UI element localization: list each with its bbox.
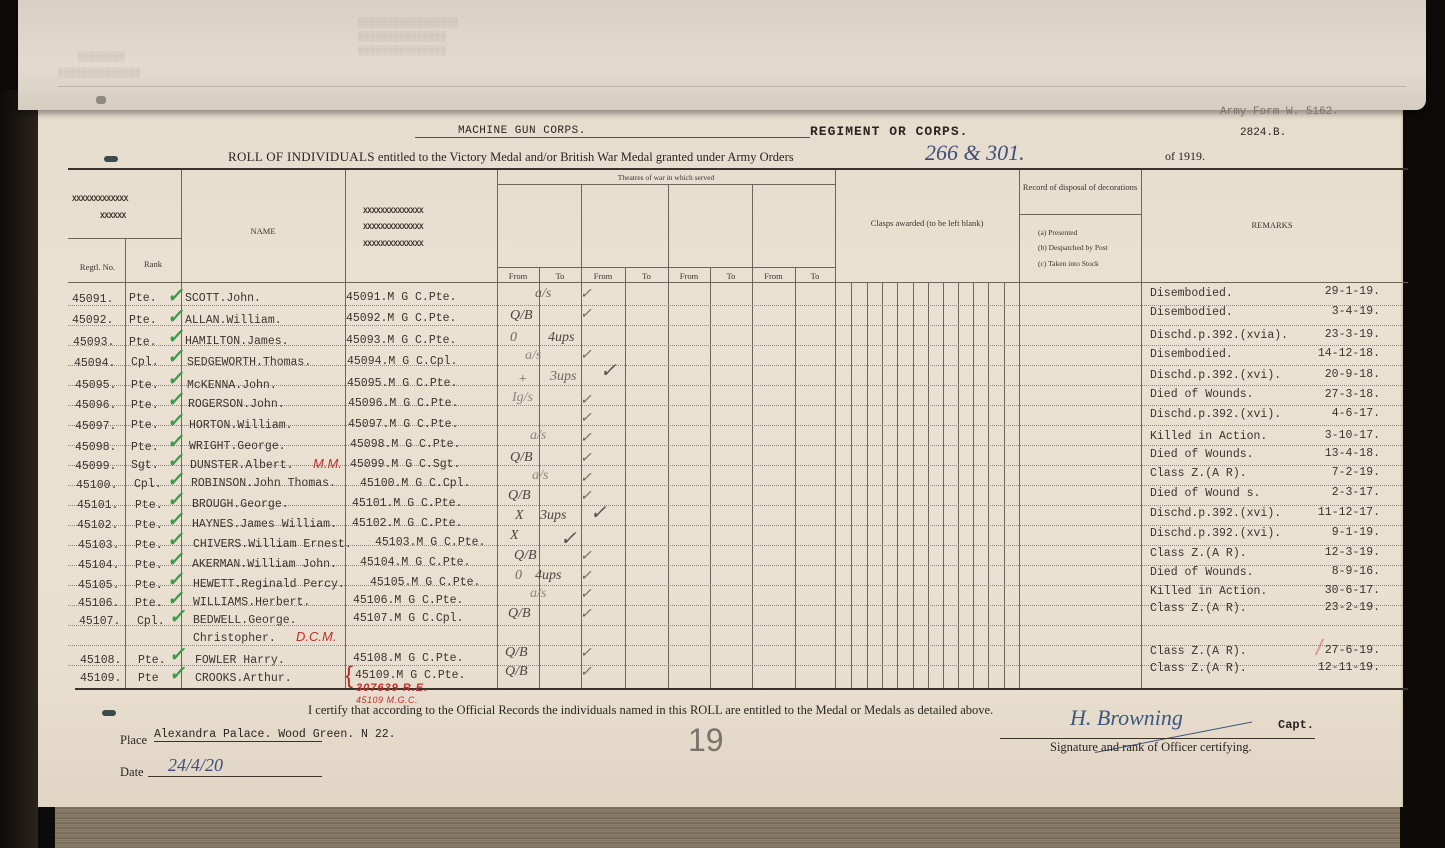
remark: Dischd.p.392.(xvi). (1150, 507, 1281, 520)
soldier-name: WILLIAMS.Herbert. (193, 596, 310, 609)
remark: Dischd.p.392.(xvia). (1150, 329, 1288, 342)
struck-heading: XXXXXX (100, 212, 126, 221)
remark: Class Z.(A R). (1150, 602, 1247, 615)
rank: Cpl. (137, 615, 165, 628)
regtl-no: 45103. (78, 539, 119, 552)
unit-rank: 45095.M G C.Pte. (347, 377, 457, 390)
rank: Pte. (129, 314, 157, 327)
remark-date: 23-3-19. (1290, 328, 1380, 341)
remark-date: 12-3-19. (1290, 546, 1380, 559)
regtl-no: 45096. (75, 399, 116, 412)
remark-date: 27-6-19. (1290, 644, 1380, 657)
red-correction-note: 307639 R.E. (356, 682, 428, 694)
certification-statement: I certify that according to the Official… (308, 703, 993, 718)
pencil-note: 0 (510, 330, 517, 346)
unit-rank: 45092.M G C.Pte. (346, 312, 456, 325)
soldier-name-continued: Christopher. (193, 632, 276, 645)
green-tick-icon: ✓ (166, 390, 186, 410)
pencil-note: Q/B (510, 450, 533, 466)
unit-rank: 45101.M G C.Pte. (352, 497, 462, 510)
remark-date: 27-3-18. (1290, 388, 1380, 401)
soldier-name: ROGERSON.John. (188, 398, 285, 411)
pencil-check-icon: ✓ (560, 526, 577, 551)
regtl-no: 45094. (74, 357, 115, 370)
page-number: 19 (688, 722, 724, 759)
green-tick-icon: ✓ (166, 570, 186, 590)
remark: Dischd.p.392.(xvi). (1150, 408, 1281, 421)
pencil-check-icon: ✓ (580, 347, 592, 364)
pencil-note: Ig/s (512, 390, 533, 406)
pencil-check-icon: ✓ (580, 306, 592, 323)
unit-rank: 45106.M G C.Pte. (353, 594, 463, 607)
pencil-check-icon: ✓ (580, 286, 592, 303)
rank: Pte. (129, 292, 157, 305)
pencil-check-icon: ✓ (580, 410, 592, 427)
officer-signature: H. Browning (1070, 705, 1183, 731)
unit-rank: 45103.M G C.Pte. (375, 536, 485, 549)
officer-rank: Capt. (1278, 718, 1314, 732)
soldier-name: BEDWELL.George. (193, 614, 297, 627)
pencil-note: Q/B (508, 488, 531, 504)
green-tick-icon: ✓ (166, 286, 186, 306)
remark-date: 20-9-18. (1290, 368, 1380, 381)
regtl-no: 45108. (80, 654, 121, 667)
green-tick-icon: ✓ (166, 490, 186, 510)
disposal-option-presented: (a) Presented (1038, 228, 1077, 237)
pencil-note: a/s (530, 428, 546, 444)
soldier-name: HORTON.William. (189, 419, 293, 432)
soldier-name: McKENNA.John. (187, 379, 277, 392)
remark-date: 23-2-19. (1290, 601, 1380, 614)
table-top-rule (68, 168, 1408, 170)
remark-date: 2-3-17. (1290, 486, 1380, 499)
remark: Class Z.(A R). (1150, 645, 1247, 658)
pencil-note: Q/B (510, 308, 533, 324)
soldier-name: FOWLER Harry. (195, 654, 285, 667)
pencil-note: X (510, 528, 519, 544)
remark-date: 9-1-19. (1290, 526, 1380, 539)
pencil-note: X (515, 508, 524, 524)
rank: Pte. (135, 559, 163, 572)
signature-label: Signature and rank of Officer certifying… (1050, 740, 1252, 755)
header-disposal: Record of disposal of decorations (1019, 180, 1141, 195)
soldier-name: SEDGEWORTH.Thomas. (187, 356, 311, 369)
green-tick-icon: ✓ (166, 510, 186, 530)
rank: Sgt. (131, 459, 159, 472)
soldier-name: CHIVERS.William Ernest. (193, 538, 352, 551)
remark-date: 11-12-17. (1290, 506, 1380, 519)
header-name: NAME (181, 226, 345, 236)
rank: Pte. (135, 499, 163, 512)
green-tick-icon: ✓ (166, 550, 186, 570)
remark: Class Z.(A R). (1150, 547, 1247, 560)
green-tick-icon: ✓ (166, 369, 186, 389)
soldier-name: HEWETT.Reginald Percy. (193, 578, 345, 591)
pencil-note: Q/B (514, 548, 537, 564)
green-tick-icon: ✓ (166, 530, 186, 550)
pencil-note: Q/B (508, 606, 531, 622)
remark: Disembodied. (1150, 306, 1233, 319)
pencil-note: 3ups (540, 508, 566, 524)
date-value: 24/4/20 (148, 755, 322, 777)
green-tick-icon: ✓ (168, 645, 188, 665)
hdr-rule (497, 267, 835, 268)
pencil-note: a/s (535, 286, 551, 302)
remark-date: 14-12-18. (1290, 347, 1380, 360)
regtl-no: 45102. (77, 519, 118, 532)
col-divider (497, 170, 498, 688)
header-to: To (625, 271, 668, 281)
place-label: Place (120, 733, 147, 748)
header-rank: Rank (125, 259, 181, 269)
remark: Dischd.p.392.(xvi). (1150, 527, 1281, 540)
soldier-name: BROUGH.George. (192, 498, 289, 511)
pencil-note: a/s (530, 586, 546, 602)
regtl-no: 45098. (75, 441, 116, 454)
remark-date: 3-4-19. (1290, 305, 1380, 318)
soldier-name: AKERMAN.William John. (192, 558, 337, 571)
col-divider (1141, 170, 1142, 688)
unit-rank: 45102.M G C.Pte. (352, 517, 462, 530)
unit-rank: 45091.M G C.Pte. (346, 291, 456, 304)
pencil-note: + (518, 372, 527, 388)
reference-code: 2824.B. (1240, 127, 1286, 139)
soldier-name: WRIGHT.George. (189, 440, 286, 453)
remark: Disembodied. (1150, 348, 1233, 361)
order-year: of 1919. (1165, 149, 1205, 164)
regtl-no: 45099. (75, 460, 116, 473)
pencil-note: 3ups (550, 369, 576, 385)
unit-rank: 45094.M G C.Cpl. (347, 355, 457, 368)
header-from: From (581, 271, 625, 281)
corps-name: MACHINE GUN CORPS. (415, 125, 810, 138)
rank: Pte. (131, 419, 159, 432)
struck-heading: XXXXXXXXXXXXXX (363, 207, 423, 216)
pencil-note: 4ups (548, 330, 574, 346)
rank: Pte. (135, 579, 163, 592)
pencil-check-icon: ✓ (580, 586, 592, 603)
unit-rank: 45108.M G C.Pte. (353, 652, 463, 665)
header-to: To (710, 271, 752, 281)
roll-title-bold: ROLL OF INDIVIDUALS (228, 149, 375, 164)
header-theatres: Theatres of war in which served (497, 173, 835, 182)
remark-date: 13-4-18. (1290, 447, 1380, 460)
unit-rank: 45093.M G C.Pte. (346, 334, 456, 347)
regtl-no: 45109. (80, 672, 121, 685)
hdr-rule (497, 184, 835, 185)
unit-rank: 45097.M G C.Pte. (348, 418, 458, 431)
roll-title-rest: entitled to the Victory Medal and/or Bri… (378, 150, 794, 164)
roll-document: MACHINE GUN CORPS. REGIMENT OR CORPS. 28… (0, 0, 1445, 848)
pencil-check-icon: ✓ (580, 392, 592, 409)
green-tick-icon: ✓ (166, 432, 186, 452)
pencil-note: Q/B (505, 664, 528, 680)
remark: Class Z.(A R). (1150, 662, 1247, 675)
remark: Disembodied. (1150, 287, 1233, 300)
pencil-note: Q/B (505, 645, 528, 661)
regtl-no: 45095. (75, 379, 116, 392)
rank: Pte. (131, 441, 159, 454)
remark: Died of Wounds. (1150, 388, 1254, 401)
green-tick-icon: ✓ (168, 664, 188, 684)
rank: Pte. (135, 539, 163, 552)
regtl-no: 45104. (78, 559, 119, 572)
green-tick-icon: ✓ (166, 411, 186, 431)
disposal-option-stock: (c) Taken into Stock (1038, 259, 1099, 268)
pencil-note: 4ups (535, 568, 561, 584)
soldier-name: CROOKS.Arthur. (195, 672, 292, 685)
remark-date: 30-6-17. (1290, 584, 1380, 597)
rank: Pte (138, 672, 159, 685)
rank: Pte. (135, 519, 163, 532)
hdr-bottom-rule (68, 282, 1408, 283)
rank: Pte. (138, 654, 166, 667)
remark-date: 3-10-17. (1290, 429, 1380, 442)
col-divider (1019, 170, 1020, 688)
remark: Killed in Action. (1150, 585, 1267, 598)
pencil-note: 0 (515, 568, 522, 584)
unit-rank: 45104.M G C.Pte. (360, 556, 470, 569)
unit-rank: 45096.M G C.Pte. (348, 397, 458, 410)
col-divider (668, 185, 669, 688)
pencil-check-icon: ✓ (580, 548, 592, 565)
header-from: From (668, 271, 710, 281)
pencil-note: a/s (525, 348, 541, 364)
rank: Cpl. (134, 478, 162, 491)
date-label: Date (120, 765, 144, 780)
remark-date: 4-6-17. (1290, 407, 1380, 420)
header-regtl-no: Regtl. No. (70, 262, 125, 272)
regtl-no: 45107. (79, 615, 120, 628)
army-orders-numbers: 266 & 301. (925, 140, 1025, 166)
pencil-check-icon: ✓ (580, 606, 592, 623)
rank: Pte. (131, 399, 159, 412)
remark: Killed in Action. (1150, 430, 1267, 443)
hdr-rule (68, 238, 181, 239)
pencil-check-icon: ✓ (580, 664, 592, 681)
col-divider (835, 170, 836, 688)
green-tick-icon: ✓ (168, 607, 188, 627)
remark: Dischd.p.392.(xvi). (1150, 369, 1281, 382)
green-tick-icon: ✓ (166, 470, 186, 490)
table-bottom-rule (75, 688, 1408, 690)
unit-rank: 45107.M G C.Cpl. (353, 612, 463, 625)
unit-rank: 45098.M G C.Pte. (350, 438, 460, 451)
green-tick-icon: ✓ (166, 307, 186, 327)
punch-hole (104, 156, 118, 162)
unit-rank: 45105.M G C.Pte. (370, 576, 480, 589)
soldier-name: SCOTT.John. (185, 292, 261, 305)
green-tick-icon: ✓ (166, 347, 186, 367)
regtl-no: 45092. (72, 314, 113, 327)
regtl-no: 45101. (77, 499, 118, 512)
pencil-check-icon: ✓ (580, 470, 592, 487)
rank: Pte. (135, 597, 163, 610)
regtl-no: 45105. (78, 579, 119, 592)
signature-line (1000, 738, 1315, 739)
pencil-note: a/s (532, 468, 548, 484)
header-remarks: REMARKS (1141, 220, 1403, 230)
pencil-check-icon: ✓ (580, 645, 592, 662)
rank: Cpl. (131, 356, 159, 369)
hdr-rule (1019, 214, 1141, 215)
place-value: Alexandra Palace. Wood Green. N 22. (154, 728, 322, 742)
soldier-name: ROBINSON.John Thomas. (191, 477, 336, 490)
remark: Class Z.(A R). (1150, 467, 1247, 480)
pencil-check-icon: ✓ (590, 500, 607, 525)
soldier-name: DUNSTER.Albert. (190, 459, 294, 472)
soldier-name: HAMILTON.James. (185, 335, 289, 348)
header-from: From (752, 271, 795, 281)
header-to: To (539, 271, 581, 281)
remark: Died of Wounds. (1150, 448, 1254, 461)
regtl-no: 45106. (78, 597, 119, 610)
remark-date: 29-1-19. (1290, 285, 1380, 298)
green-tick-icon: ✓ (166, 327, 186, 347)
punch-hole (102, 710, 116, 716)
remark: Died of Wound s. (1150, 487, 1260, 500)
header-clasps: Clasps awarded (to be left blank) (835, 218, 1019, 228)
regtl-no: 45093. (73, 336, 114, 349)
col-divider (752, 185, 753, 688)
header-to: To (795, 271, 835, 281)
unit-rank: 45109.M G C.Pte. (355, 669, 465, 682)
struck-heading: XXXXXXXXXXXXXX (363, 223, 423, 232)
mm-award-annotation: M.M. (313, 456, 342, 471)
struck-heading: XXXXXXXXXXXXX (72, 195, 128, 204)
rank: Pte. (129, 336, 157, 349)
header-from: From (497, 271, 539, 281)
regtl-no: 45100. (76, 479, 117, 492)
soldier-name: ALLAN.William. (185, 314, 282, 327)
dcm-award-annotation: D.C.M. (296, 629, 336, 644)
disposal-option-post: (b) Despatched by Post (1038, 243, 1108, 252)
pencil-check-icon: ✓ (600, 358, 617, 383)
roll-title: ROLL OF INDIVIDUALS entitled to the Vict… (228, 149, 794, 165)
regtl-no: 45091. (72, 293, 113, 306)
regtl-no: 45097. (75, 420, 116, 433)
remark-date: 7-2-19. (1290, 466, 1380, 479)
pencil-check-icon: ✓ (580, 450, 592, 467)
soldier-name: HAYNES.James William. (192, 518, 337, 531)
struck-heading: XXXXXXXXXXXXXX (363, 240, 423, 249)
green-tick-icon: ✓ (166, 451, 186, 471)
remark-date: 12-11-19. (1290, 661, 1380, 674)
pencil-check-icon: ✓ (580, 568, 592, 585)
unit-rank: 45100.M G C.Cpl. (360, 477, 470, 490)
pencil-check-icon: ✓ (580, 430, 592, 447)
rank: Pte. (131, 379, 159, 392)
regiment-or-corps-label: REGIMENT OR CORPS. (810, 124, 968, 139)
unit-rank: 45099.M G C.Sgt. (350, 458, 460, 471)
red-brace-icon: { (345, 664, 353, 688)
col-divider (345, 170, 346, 688)
remark-date: 8-9-16. (1290, 565, 1380, 578)
remark: Died of Wounds. (1150, 566, 1254, 579)
